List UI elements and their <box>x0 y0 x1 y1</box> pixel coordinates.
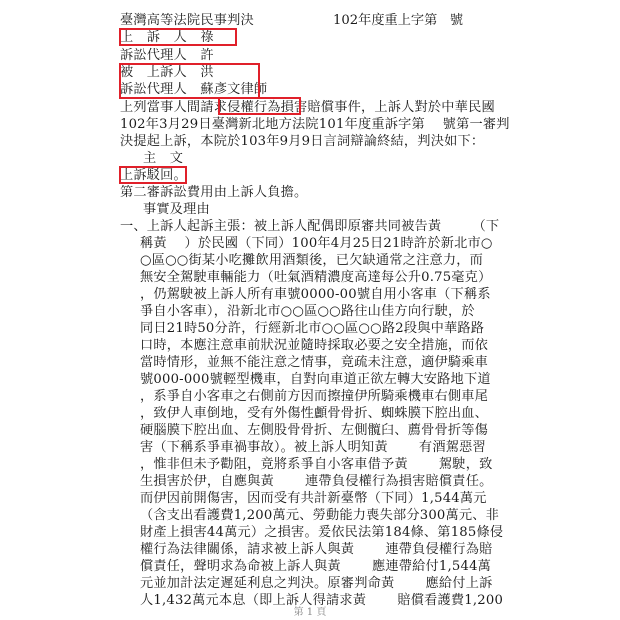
highlight-box-claim <box>218 97 301 115</box>
party-appellant-attorney: 訴訟代理人 許 <box>120 47 214 64</box>
facts-line: 害（下稱系爭車禍事故）。被上訴人明知黃 有酒駕惡習 <box>140 439 486 456</box>
highlight-box-appellee <box>119 63 260 99</box>
facts-line: 硬腦膜下腔出血、左側股骨骨折、左側髖臼、薦骨骨折等傷 <box>140 422 488 439</box>
party-role: 訴訟代理人 <box>120 48 187 63</box>
facts-line: 同日21時50分許，行經新北市○○區○○路2段與中華路路 <box>140 320 484 337</box>
intro-line: 102年3月29日臺灣新北地方法院101年度重訴字第 號第一審判 <box>120 116 510 133</box>
facts-line: 元並加計法定遲延利息之判決。原審判命黃 應給付上訴 <box>140 575 492 592</box>
facts-line: 償責任，聲明求為命被上訴人與黃 應連帶給付1,544萬 <box>140 558 491 575</box>
facts-line: 口時，本應注意車前狀況並隨時採取必要之安全措施，而依 <box>140 337 488 354</box>
facts-line: ，仍駕駛被上訴人所有車號0000-00號自用小客車（下稱系 <box>140 286 491 303</box>
case-number: 102年度重上字第 號 <box>333 12 463 29</box>
facts-line: 當時情形，並無不能注意之情事，竟疏未注意，適伊騎乘車 <box>140 354 488 371</box>
facts-line: ，系爭自小客車之右側前方因而擦撞伊所騎乘機車右側車尾 <box>140 388 488 405</box>
facts-line: 稱黃 ）於民國（下同）100年4月25日21時許於新北市○ <box>140 235 493 252</box>
highlight-box-ruling <box>119 166 187 184</box>
facts-line: 一、上訴人起訴主張：被上訴人配偶即原審共同被告黃 （下 <box>120 218 499 235</box>
party-name: 許 <box>200 48 213 63</box>
facts-line: （含支出看護費1,200萬元、勞動能力喪失部分300萬元、非 <box>140 507 499 524</box>
facts-line: 生損害於伊，自應與黃 連帶負侵權行為損害賠償責任。 <box>140 473 492 490</box>
facts-line: 權行為法律關係，請求被上訴人與黃 連帶負侵權行為賠 <box>140 541 492 558</box>
highlight-box-appellant <box>119 28 237 46</box>
facts-line: ，惟非但未予勸阻，竟將系爭自小客車借予黃 駕駛，致 <box>140 456 492 473</box>
page-number: 第 1 頁 <box>0 603 620 618</box>
facts-heading: 事實及理由 <box>143 201 210 218</box>
main-text-costs: 第二審訴訟費用由上訴人負擔。 <box>120 184 307 201</box>
main-heading: 主 文 <box>143 150 183 167</box>
document-page: 臺灣高等法院民事判決 102年度重上字第 號 上 訴 人 祿 訴訟代理人 許 被… <box>0 0 620 620</box>
facts-line: ，致伊人車倒地，受有外傷性顱骨骨折、蜘蛛膜下腔出血、 <box>140 405 488 422</box>
facts-line: 號000-000號輕型機車，自對向車道正欲左轉大安路地下道 <box>140 371 491 388</box>
facts-line: 而伊因前開傷害，因而受有共計新臺幣（下同）1,544萬元 <box>140 490 487 507</box>
facts-line: ○區○○街某小吃攤飲用酒類後，已欠缺通常之注意力，而 <box>140 252 483 269</box>
intro-line: 上列當事人間請求侵權行為損害賠償事件，上訴人對於中華民國 <box>120 99 495 116</box>
intro-line: 決提起上訴，本院於103年9月9日言詞辯論終結，判決如下： <box>120 133 484 150</box>
court-title: 臺灣高等法院民事判決 <box>120 12 254 29</box>
facts-line: 無安全駕駛車輛能力（吐氣酒精濃度高達每公升0.75毫克） <box>140 269 491 286</box>
facts-line: 爭自小客車），沿新北市○○區○○路往山佳方向行駛，於 <box>140 303 475 320</box>
facts-line: 財產上損害44萬元）之損害。爰依民法第184條、第185條侵 <box>140 524 503 541</box>
